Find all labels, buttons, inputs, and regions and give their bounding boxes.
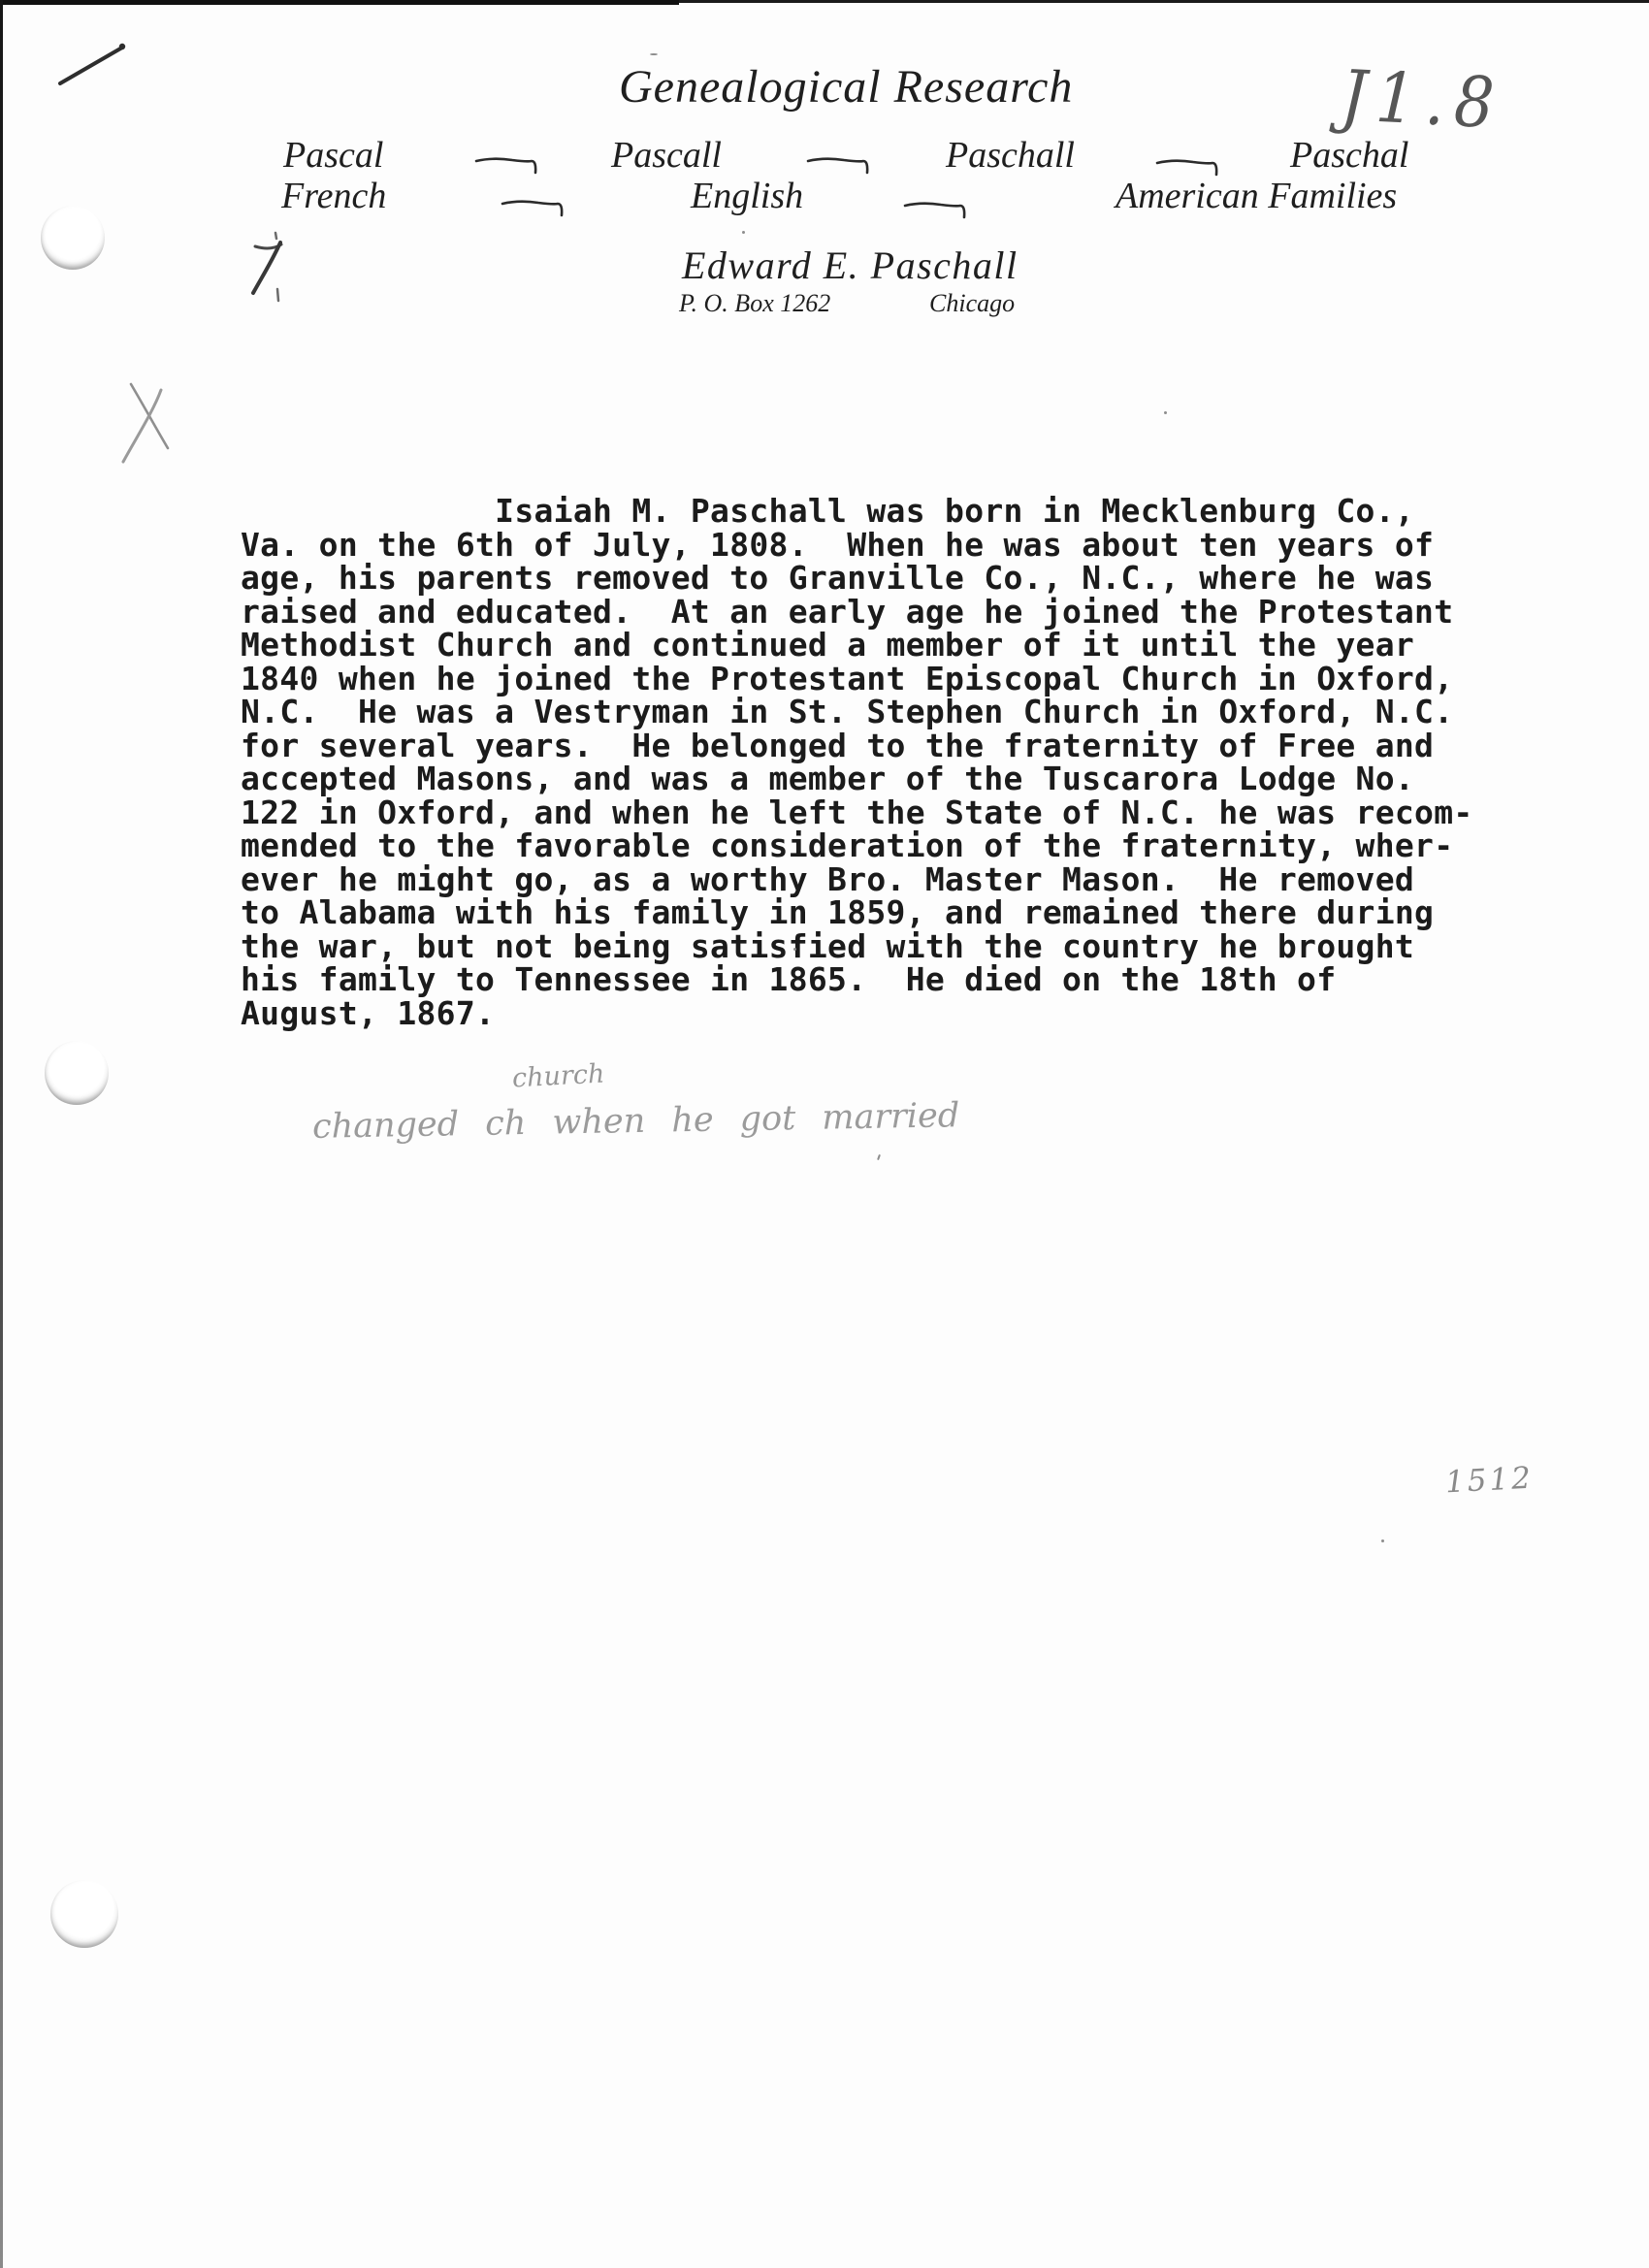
surname-variant-paschal: Paschal [1290, 134, 1408, 177]
connector-dash-icon [473, 153, 543, 178]
connector-dash-icon [500, 196, 569, 221]
pencil-note-married: changed ch when he got married [312, 1096, 960, 1147]
pencil-x-mark-icon [114, 376, 182, 473]
origin-french: French [281, 175, 386, 217]
connector-dash-icon [902, 198, 972, 223]
pen-slash-mark-icon [48, 37, 145, 105]
letterhead-title: Genealogical Research [619, 60, 1073, 113]
typewritten-paragraph: Isaiah M. Paschall was born in Mecklenbu… [241, 495, 1473, 1030]
scanned-document-page: Genealogical Research Pascal Pascall Pas… [0, 0, 1649, 2268]
hole-punch-middle [45, 1041, 109, 1105]
scan-speck [793, 948, 796, 951]
handwritten-code: J1.8 [1340, 56, 1506, 146]
scan-speck [1164, 411, 1167, 414]
researcher-address: P. O. Box 1262 [679, 289, 830, 318]
scan-speck [877, 1154, 881, 1160]
surname-variant-paschall: Paschall [946, 134, 1075, 177]
hole-punch-top [41, 206, 105, 270]
scan-edge-left [0, 0, 3, 2268]
handwritten-seven-mark-icon [242, 231, 301, 308]
hole-punch-bottom [50, 1880, 118, 1948]
scan-speck [742, 231, 745, 234]
pencil-note-church: church [511, 1059, 605, 1094]
researcher-city: Chicago [929, 289, 1015, 318]
scan-edge-top-left [0, 0, 679, 5]
connector-dash-icon [805, 153, 875, 178]
origin-american-families: American Families [1115, 175, 1397, 217]
scan-speck [1381, 1539, 1384, 1542]
origin-english: English [691, 175, 803, 217]
surname-variant-pascal: Pascal [283, 134, 383, 177]
surname-variant-pascall: Pascall [611, 134, 722, 177]
scan-speck [650, 53, 658, 55]
researcher-name: Edward E. Paschall [682, 243, 1018, 288]
connector-dash-icon [1154, 155, 1224, 180]
pencil-margin-number: 1512 [1444, 1461, 1535, 1501]
